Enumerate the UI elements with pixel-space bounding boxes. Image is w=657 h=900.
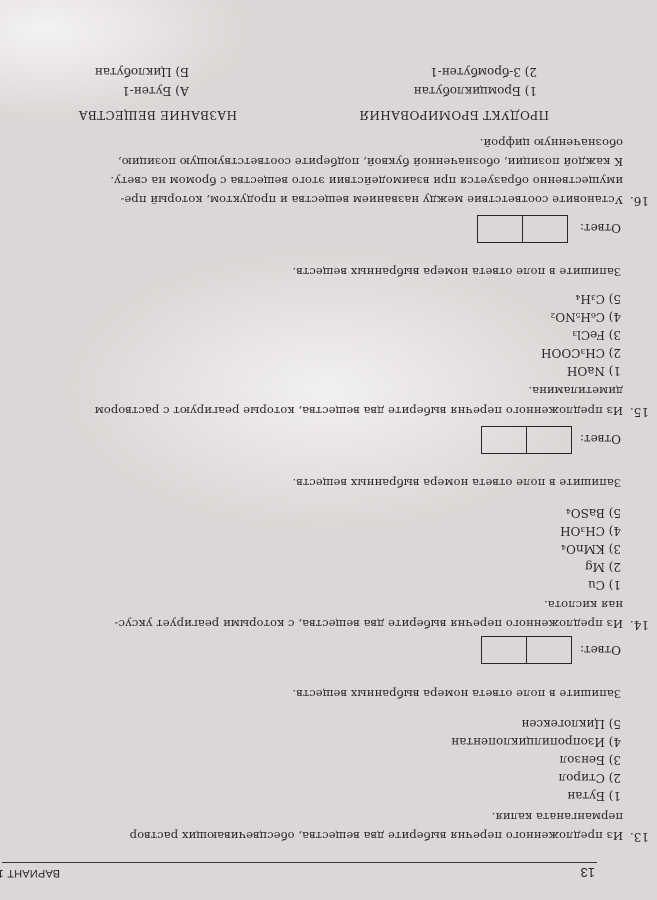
answer-cell-1[interactable] [527,427,571,453]
question-text-line: Установите соответствие между названием … [120,193,623,207]
column-heading-product: ПРОДУКТ БРОМИРОВАНИЯ [359,108,549,122]
page-number: 13 [581,865,595,880]
substance-option: А) Бутен-1 [122,84,189,98]
question-number: 15. [630,405,649,419]
question-text-line: Из предложенного перечня выберите два ве… [95,404,623,418]
option: 4) Изопропилциклопентан [451,735,621,749]
option: 5) BaSO₄ [566,506,621,520]
answer-box[interactable] [481,636,572,664]
option: 1) Бутан [567,789,621,803]
option: 3) FeCl₃ [572,328,621,342]
question-text-line: Из предложенного перечня выберите два ве… [114,617,623,631]
option: 3) KMnO₄ [561,542,621,556]
header-rule [2,862,597,863]
answer-label: Ответ: [580,221,621,235]
question-number: 16. [630,194,649,208]
option: 2) CH₃COOH [541,346,621,360]
option: 4) C₆H₅NO₂ [550,310,621,324]
answer-cell-2[interactable] [482,427,527,453]
option: 4) CH₃OH [560,524,621,538]
answer-box[interactable] [477,215,568,243]
substance-option: Б) Циклобутан [95,65,189,79]
answer-instruction: Запишите в поле ответа номера выбранных … [292,687,621,701]
option: 5) C₃H₄ [576,292,621,306]
option: 3) Бензол [560,753,621,767]
question-text-line: ная кислота. [544,598,623,612]
option: 2) Mg [585,560,621,574]
question-text-line: Из предложенного перечня выберите два ве… [130,829,623,843]
question-text-line: К каждой позиции, обозначенной буквой, п… [118,155,623,169]
answer-label: Ответ: [580,432,621,446]
question-text-line: перманганата калия. [492,810,623,824]
option: 1) NaOH [567,364,621,378]
question-text-line: диметиламина. [528,384,623,398]
question-number: 14. [630,618,649,632]
answer-cell-1[interactable] [523,216,567,242]
product-option: 1) Бромциклобутан [414,84,537,98]
answer-cell-2[interactable] [478,216,523,242]
column-heading-substance: НАЗВАНИЕ ВЕЩЕСТВА [78,108,237,122]
option: 2) Стирол [559,771,621,785]
product-option: 2) 3-бромбутен-1 [430,65,537,79]
question-text-line: обозначенную цифрой. [480,136,623,150]
answer-label: Ответ: [580,643,621,657]
question-text-line: имущественно образуется при взаимодейств… [110,174,623,188]
question-number: 13. [630,830,649,844]
option: 1) Cu [588,578,621,592]
option: 5) Циклогексен [521,717,621,731]
answer-instruction: Запишите в поле ответа номера выбранных … [292,476,621,490]
answer-cell-2[interactable] [482,637,527,663]
answer-box[interactable] [481,426,572,454]
answer-cell-1[interactable] [527,637,571,663]
scanned-page: 13 ВАРИАНТ 1 13. Из предложенного перечн… [0,0,657,900]
variant-label: ВАРИАНТ 1 [0,867,60,879]
answer-instruction: Запишите в поле ответа номера выбранных … [292,265,621,279]
